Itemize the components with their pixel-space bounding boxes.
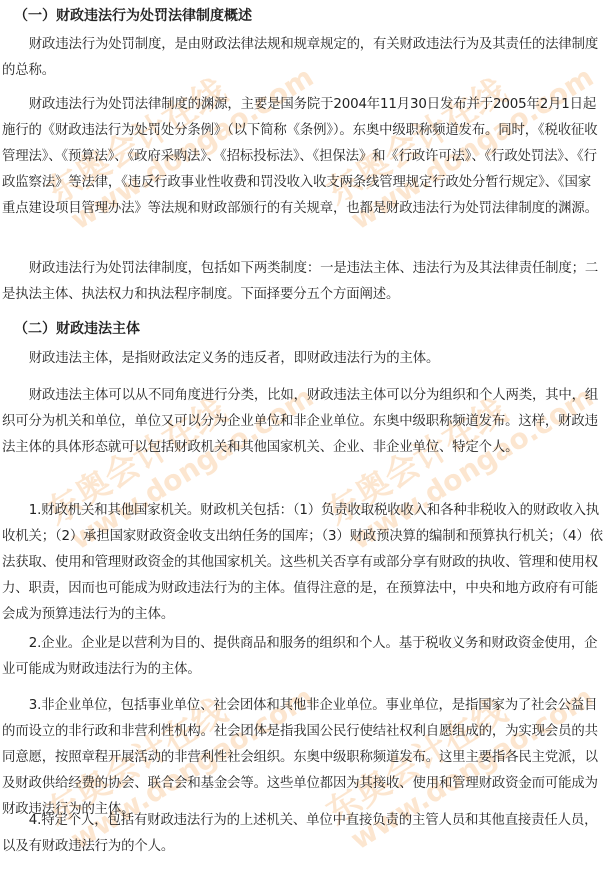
- paragraph: 财政违法主体可以从不同角度进行分类，比如，财政违法主体可以分为组织和个人两类，其…: [2, 383, 603, 461]
- paragraph: 财政违法行为处罚法律制度，包括如下两类制度：一是违法主体、违法行为及其法律责任制…: [2, 256, 603, 308]
- paragraph: 4.特定个人，包括有财政违法行为的上述机关、单位中直接负责的主管人员和其他直接责…: [2, 808, 603, 860]
- paragraph: 财政违法行为处罚制度，是由财政法律法规和规章规定的，有关财政违法行为及其责任的法…: [2, 32, 603, 84]
- paragraph: 财政违法行为处罚法律制度的渊源，主要是国务院于2004年11月30日发布并于20…: [2, 92, 603, 222]
- paragraph: 2.企业。企业是以营利为目的、提供商品和服务的组织和个人。基于税收义务和财政资金…: [2, 631, 603, 683]
- paragraph: 财政违法主体，是指财政法定义务的违反者，即财政违法行为的主体。: [2, 346, 603, 372]
- section-heading-violation-subject: （二）财政违法主体: [14, 319, 140, 339]
- paragraph: 3.非企业单位，包括事业单位、社会团体和其他非企业单位。事业单位，是指国家为了社…: [2, 693, 603, 823]
- paragraph: 1.财政机关和其他国家机关。财政机关包括：（1）负责收取税收收入和各种非税收入的…: [2, 498, 603, 628]
- section-heading-overview: （一）财政违法行为处罚法律制度概述: [14, 6, 252, 26]
